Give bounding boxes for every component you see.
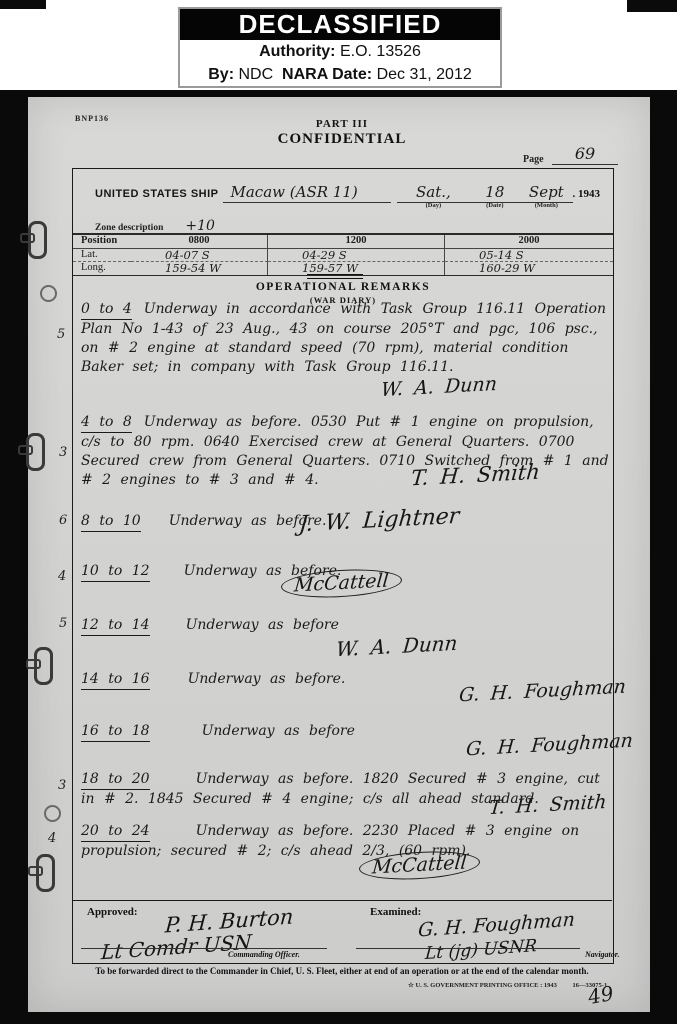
page-number-field: 69 (552, 144, 618, 165)
zone-label: Zone description (95, 223, 163, 233)
ship-date-line: UNITED STATES SHIP Macaw (ASR 11) Sat., … (95, 183, 600, 203)
gpo-text: ☆ U. S. GOVERNMENT PRINTING OFFICE : 194… (408, 982, 557, 989)
date-value: 18 (485, 183, 504, 201)
approved-label: Approved: (87, 906, 138, 918)
stamp-by-line: By: NDC NARA Date: Dec 31, 2012 (180, 63, 500, 86)
diary-entry: 16 to 18Underway as before G. H. Foughma… (81, 722, 611, 742)
paper-sheet: 5 3 6 4 5 3 4 BNP136 PART III CONFIDENTI… (28, 97, 650, 1012)
long-2000: 160-29 W (445, 262, 613, 275)
col-header-0800: 0800 (131, 235, 268, 249)
row-label-long: Long. (73, 262, 131, 275)
part-title: PART III (72, 118, 612, 130)
entry-time-range: 8 to 10 (81, 512, 141, 532)
lat-1200: 04-29 S (268, 249, 445, 263)
authority-value: E.O. 13526 (340, 43, 421, 60)
punch-hole (44, 805, 61, 822)
scan-artifact-top-right (627, 0, 677, 12)
date-caption: (Date) (470, 202, 521, 209)
approved-signature-line (81, 948, 327, 949)
entry-signature: J. W. Lightner (298, 504, 460, 538)
diary-entry: 18 to 20Underway as before. 1820 Secured… (81, 770, 611, 809)
margin-number: 4 (58, 569, 66, 584)
lat-0800: 04-07 S (131, 249, 268, 263)
declassified-stamp: DECLASSIFIED Authority: E.O. 13526 By: N… (178, 7, 502, 88)
nara-date-label: NARA Date: (282, 66, 372, 83)
commanding-officer-rank: Lt Comdr USN (100, 930, 252, 965)
authority-label: Authority: (259, 43, 335, 60)
margin-number: 6 (59, 513, 67, 528)
section-divider (307, 274, 363, 279)
entry-signature: W. A. Dunn (335, 631, 459, 662)
entry-time-range: 4 to 8 (81, 413, 132, 433)
diary-entry: 0 to 4Underway in accordance with Task G… (81, 300, 611, 377)
day-value: Sat., (416, 183, 451, 201)
margin-number: 5 (59, 616, 67, 631)
ship-name-field: Macaw (ASR 11) (223, 183, 392, 203)
printing-office-line: ☆ U. S. GOVERNMENT PRINTING OFFICE : 194… (408, 981, 607, 989)
month-value: Sept (529, 183, 564, 201)
examined-label: Examined: (370, 906, 421, 918)
month-field: Sept (Month) (520, 183, 572, 203)
row-label-lat: Lat. (73, 249, 131, 263)
punch-hole (40, 285, 57, 302)
month-caption: (Month) (520, 202, 572, 209)
handwritten-page-number: 49 (586, 981, 615, 1009)
year-value: . 1943 (573, 188, 601, 200)
scan-background: 5 3 6 4 5 3 4 BNP136 PART III CONFIDENTI… (0, 90, 677, 1024)
entry-text: Underway as before (186, 617, 339, 633)
margin-number: 4 (48, 831, 56, 846)
margin-number: 3 (58, 778, 66, 793)
stamp-authority-line: Authority: E.O. 13526 (180, 40, 500, 63)
navigator-signature: G. H. Foughman (417, 908, 575, 941)
position-table: Position 0800 1200 2000 Lat. 04-07 S 04-… (73, 233, 613, 276)
by-label: By: (208, 66, 234, 83)
entry-text: Underway as before. 2230 Placed # 3 engi… (81, 823, 579, 859)
entry-time-range: 10 to 12 (81, 562, 150, 582)
footer-divider (73, 900, 612, 901)
page-number: 69 (575, 144, 595, 163)
fastener-clasp (34, 647, 53, 685)
entry-signature: W. A. Dunn (380, 373, 498, 401)
fastener-clasp (26, 433, 45, 471)
entry-time-range: 20 to 24 (81, 822, 150, 842)
fastener-clasp (28, 221, 47, 259)
page-label: Page (523, 154, 544, 165)
navigator-caption: Navigator. (585, 950, 619, 959)
entry-text: Underway in accordance with Task Group 1… (81, 301, 606, 375)
scanned-war-diary-page: DECLASSIFIED Authority: E.O. 13526 By: N… (0, 0, 677, 1024)
long-1200: 159-57 W (268, 262, 445, 275)
examined-signature-line (356, 948, 580, 949)
ship-name: Macaw (ASR 11) (231, 183, 358, 201)
day-field: Sat., (Day) (397, 183, 469, 203)
entry-signature: G. H. Foughman (465, 730, 634, 761)
navigator-rank: Lt (jg) USNR (424, 936, 537, 964)
margin-number: 3 (59, 445, 67, 460)
ship-label: UNITED STATES SHIP (95, 188, 219, 200)
long-0800: 159-54 W (131, 262, 268, 275)
forwarding-instruction: To be forwarded direct to the Commander … (72, 966, 612, 976)
day-caption: (Day) (397, 202, 469, 209)
lat-2000: 05-14 S (445, 249, 613, 263)
diary-entry: 8 to 10Underway as before. J. W. Lightne… (81, 512, 611, 532)
fastener-clasp (36, 854, 55, 892)
form-border-box: UNITED STATES SHIP Macaw (ASR 11) Sat., … (72, 168, 614, 964)
entry-time-range: 16 to 18 (81, 722, 150, 742)
by-value: NDC (238, 66, 273, 83)
entry-text: Underway as before (202, 723, 355, 739)
classification-title: CONFIDENTIAL (72, 131, 612, 148)
entry-time-range: 14 to 16 (81, 670, 150, 690)
entry-text: Underway as before. (188, 671, 346, 687)
diary-entry: 10 to 12Underway as before. McCattell (81, 562, 611, 582)
nara-date-value: Dec 31, 2012 (377, 66, 472, 83)
entry-time-range: 12 to 14 (81, 616, 150, 636)
col-header-2000: 2000 (445, 235, 613, 249)
margin-number: 5 (57, 327, 65, 342)
entry-time-range: 18 to 20 (81, 770, 150, 790)
col-header-position: Position (73, 235, 131, 249)
diary-entry: 14 to 16Underway as before. G. H. Foughm… (81, 670, 611, 690)
diary-entry: 4 to 8Underway as before. 0530 Put # 1 e… (81, 413, 611, 490)
entry-signature: G. H. Foughman (458, 676, 627, 707)
scan-artifact-top-left (0, 0, 46, 9)
diary-entry: 20 to 24Underway as before. 2230 Placed … (81, 822, 611, 861)
declassified-banner: DECLASSIFIED (180, 9, 500, 40)
diary-entry: 12 to 14Underway as before W. A. Dunn (81, 616, 611, 636)
entry-time-range: 0 to 4 (81, 300, 132, 320)
commanding-officer-caption: Commanding Officer. (228, 950, 300, 959)
date-field: 18 (Date) (470, 183, 521, 203)
col-header-1200: 1200 (268, 235, 445, 249)
remarks-title: OPERATIONAL REMARKS (73, 281, 613, 293)
